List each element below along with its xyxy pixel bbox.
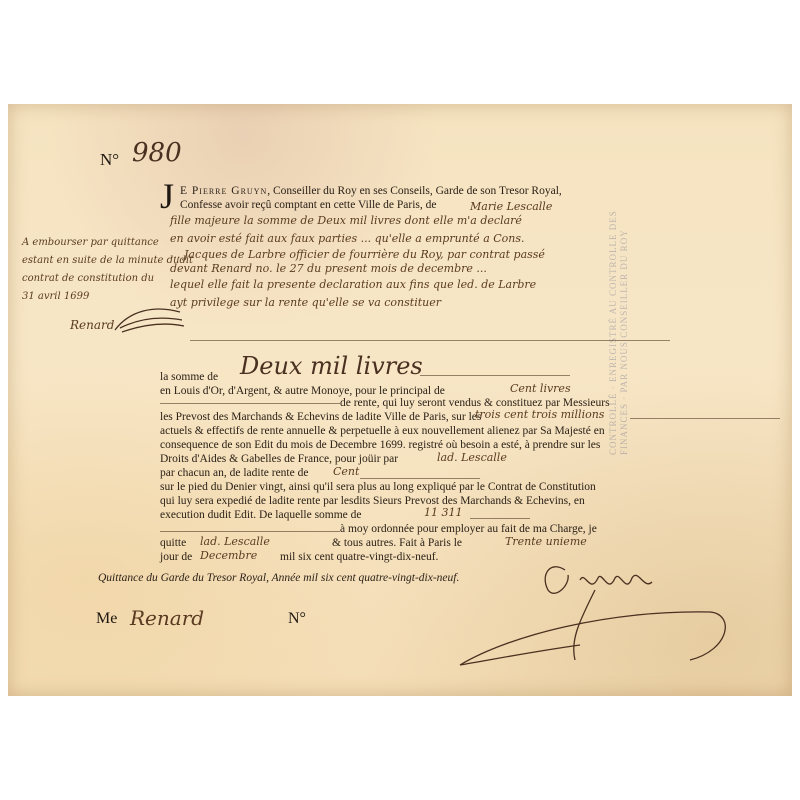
hand-line-c: ... Jacques de Larbre officier de fourri… — [170, 248, 545, 261]
body-line-10: par chacun an, de ladite rente de — [160, 466, 308, 480]
body-line-16a: jour de — [160, 550, 192, 564]
margin-signature: Renard — [70, 318, 114, 332]
registration-stamp: CONTROLLÉ · ENREGISTRÉ AU CONTROLLE DES … — [608, 185, 668, 455]
payer-name: Marie Lescalle — [470, 200, 552, 213]
signatory-name: E Pierre Gruyn — [180, 185, 267, 197]
body-line-12: qui luy sera expedié de ladite rente par… — [160, 494, 585, 508]
rente-written: Cent — [333, 465, 359, 478]
margin-note: A embourser par quittance estant en suit… — [22, 234, 193, 306]
notary-name: Renard — [130, 606, 204, 630]
fill-rule — [470, 518, 530, 519]
footer-number-label: N° — [288, 610, 306, 628]
body-line-15a: quitte — [160, 536, 186, 550]
fill-rule — [360, 478, 480, 479]
notary-label: Me — [96, 610, 117, 628]
fill-rule — [420, 375, 570, 376]
footer-title: Quittance du Garde du Tresor Royal, Anné… — [98, 572, 459, 584]
number-label: N° — [100, 150, 119, 170]
body-line-11: sur le pied du Denier vingt, ainsi qu'il… — [160, 480, 596, 494]
drop-cap: J — [160, 180, 174, 212]
hand-line-b: en avoir esté fait aux faux parties ... … — [170, 232, 525, 245]
hand-line-a: fille majeure la somme de Deux mil livre… — [170, 214, 522, 227]
source-written: trois cent trois millions — [475, 408, 604, 421]
hand-line-f: ayt privilege sur la rente qu'elle se va… — [170, 296, 441, 309]
body-line-14: à moy ordonnée pour employer au fait de … — [340, 522, 597, 536]
hand-line-d: devant Renard no. le 27 du present mois … — [170, 262, 487, 275]
body-line-13: execution dudit Edit. De laquelle somme … — [160, 508, 362, 522]
margin-note-line: A embourser par quittance — [22, 234, 193, 252]
confesse-line: Confesse avoir reçû comptant en cette Vi… — [180, 198, 436, 212]
body-line-7: actuels & effectifs de rente annuelle & … — [160, 424, 605, 438]
sum-label: la somme de — [160, 370, 218, 384]
opening-line: E Pierre Gruyn, Conseiller du Roy en ses… — [180, 184, 562, 198]
fill-rule — [630, 418, 780, 419]
body-line-9: Droits d'Aides & Gabelles de France, pou… — [160, 452, 398, 466]
quitte-name-written: lad. Lescalle — [200, 535, 270, 548]
amount-written: Deux mil livres — [240, 352, 423, 380]
margin-note-line: contrat de constitution du — [22, 270, 193, 288]
gruyn-signature-icon — [430, 540, 750, 680]
hand-line-e: lequel elle fait la presente declaration… — [170, 278, 536, 291]
fill-rule — [160, 403, 340, 404]
principal-written: Cent livres — [510, 382, 571, 395]
fill-rule — [160, 531, 340, 532]
separator-rule — [190, 340, 670, 341]
beneficiary-written: lad. Lescalle — [437, 451, 507, 464]
sum-short-written: 11 311 — [424, 506, 463, 519]
number-value: 980 — [132, 138, 182, 168]
margin-note-line: estant en suite de la minute dudit — [22, 252, 193, 270]
body-line-16b: mil six cent quatre-vingt-dix-neuf. — [280, 550, 438, 564]
body-line-6: les Prevost des Marchands & Echevins de … — [160, 410, 481, 424]
month-written: Decembre — [200, 549, 257, 562]
paraph-flourish-icon — [110, 300, 190, 340]
opening-text: , Conseiller du Roy en ses Conseils, Gar… — [267, 185, 562, 197]
body-line-8: consequence de son Edit du mois de Decem… — [160, 438, 600, 452]
